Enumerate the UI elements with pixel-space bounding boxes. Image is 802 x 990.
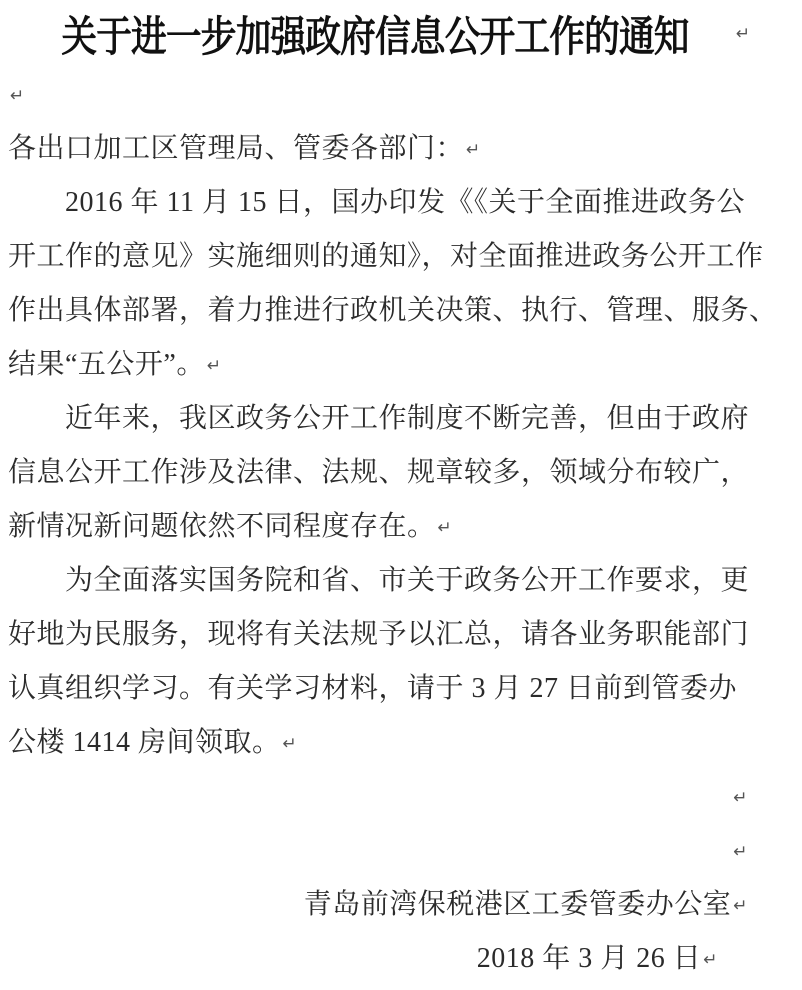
paragraph-mark-icon: ↵	[466, 140, 481, 160]
line-text: 2016 年 11 月 15 日，国办印发《《关于全面推进政务公	[65, 187, 745, 218]
text-line: ↵	[0, 68, 802, 122]
line-text: 公楼 1414 房间领取。	[8, 727, 281, 758]
text-line: 开工作的意见》实施细则的通知》，对全面推进政务公开工作	[0, 230, 802, 284]
line-text: 新情况新问题依然不同程度存在。	[8, 511, 436, 542]
text-line: 各出口加工区管理局、管委各部门：↵	[0, 122, 802, 176]
document-title-line: 关于进一步加强政府信息公开工作的通知 ↵	[0, 0, 802, 68]
paragraph-mark-icon: ↵	[438, 518, 453, 538]
text-line: ↵	[0, 824, 802, 878]
text-line: 信息公开工作涉及法律、法规、规章较多，领域分布较广，	[0, 446, 802, 500]
text-line: 近年来，我区政务公开工作制度不断完善，但由于政府	[0, 392, 802, 446]
document-page: 关于进一步加强政府信息公开工作的通知 ↵ ↵各出口加工区管理局、管委各部门：↵2…	[0, 0, 802, 990]
text-line: 结果“五公开”。↵	[0, 338, 802, 392]
text-line: 2016 年 11 月 15 日，国办印发《《关于全面推进政务公	[0, 176, 802, 230]
paragraph-mark-icon: ↵	[736, 24, 750, 44]
line-text: 认真组织学习。有关学习材料，请于 3 月 27 日前到管委办	[8, 673, 737, 704]
line-text: 结果“五公开”。	[8, 349, 205, 380]
line-text: 作出具体部署，着力推进行政机关决策、执行、管理、服务、	[8, 295, 778, 326]
line-text: 开工作的意见》实施细则的通知》，对全面推进政务公开工作	[8, 241, 764, 272]
text-line: 公楼 1414 房间领取。↵	[0, 716, 802, 770]
text-line: 认真组织学习。有关学习材料，请于 3 月 27 日前到管委办	[0, 662, 802, 716]
document-title: 关于进一步加强政府信息公开工作的通知	[61, 4, 688, 64]
paragraph-mark-icon: ↵	[283, 734, 298, 754]
paragraph-mark-icon: ↵	[733, 842, 748, 862]
paragraph-mark-icon: ↵	[703, 950, 718, 970]
text-line: 为全面落实国务院和省、市关于政务公开工作要求，更	[0, 554, 802, 608]
paragraph-mark-icon: ↵	[207, 356, 222, 376]
paragraph-mark-icon: ↵	[733, 896, 748, 916]
line-text: 2018 年 3 月 26 日	[477, 943, 702, 974]
line-text: 好地为民服务，现将有关法规予以汇总，请各业务职能部门	[8, 619, 749, 650]
line-text: 各出口加工区管理局、管委各部门：	[8, 133, 464, 164]
line-text: 信息公开工作涉及法律、法规、规章较多，领域分布较广，	[8, 457, 749, 488]
text-line: 2018 年 3 月 26 日↵	[0, 932, 802, 986]
text-line: ↵	[0, 770, 802, 824]
text-line: 新情况新问题依然不同程度存在。↵	[0, 500, 802, 554]
line-text: 青岛前湾保税港区工委管委办公室	[304, 889, 732, 920]
document-body: ↵各出口加工区管理局、管委各部门：↵2016 年 11 月 15 日，国办印发《…	[0, 68, 802, 986]
line-text: 为全面落实国务院和省、市关于政务公开工作要求，更	[65, 565, 749, 596]
text-line: 好地为民服务，现将有关法规予以汇总，请各业务职能部门	[0, 608, 802, 662]
line-text: 近年来，我区政务公开工作制度不断完善，但由于政府	[65, 403, 749, 434]
text-line: 作出具体部署，着力推进行政机关决策、执行、管理、服务、	[0, 284, 802, 338]
paragraph-mark-icon: ↵	[733, 788, 748, 808]
paragraph-mark-icon: ↵	[10, 86, 25, 106]
text-line: 青岛前湾保税港区工委管委办公室↵	[0, 878, 802, 932]
